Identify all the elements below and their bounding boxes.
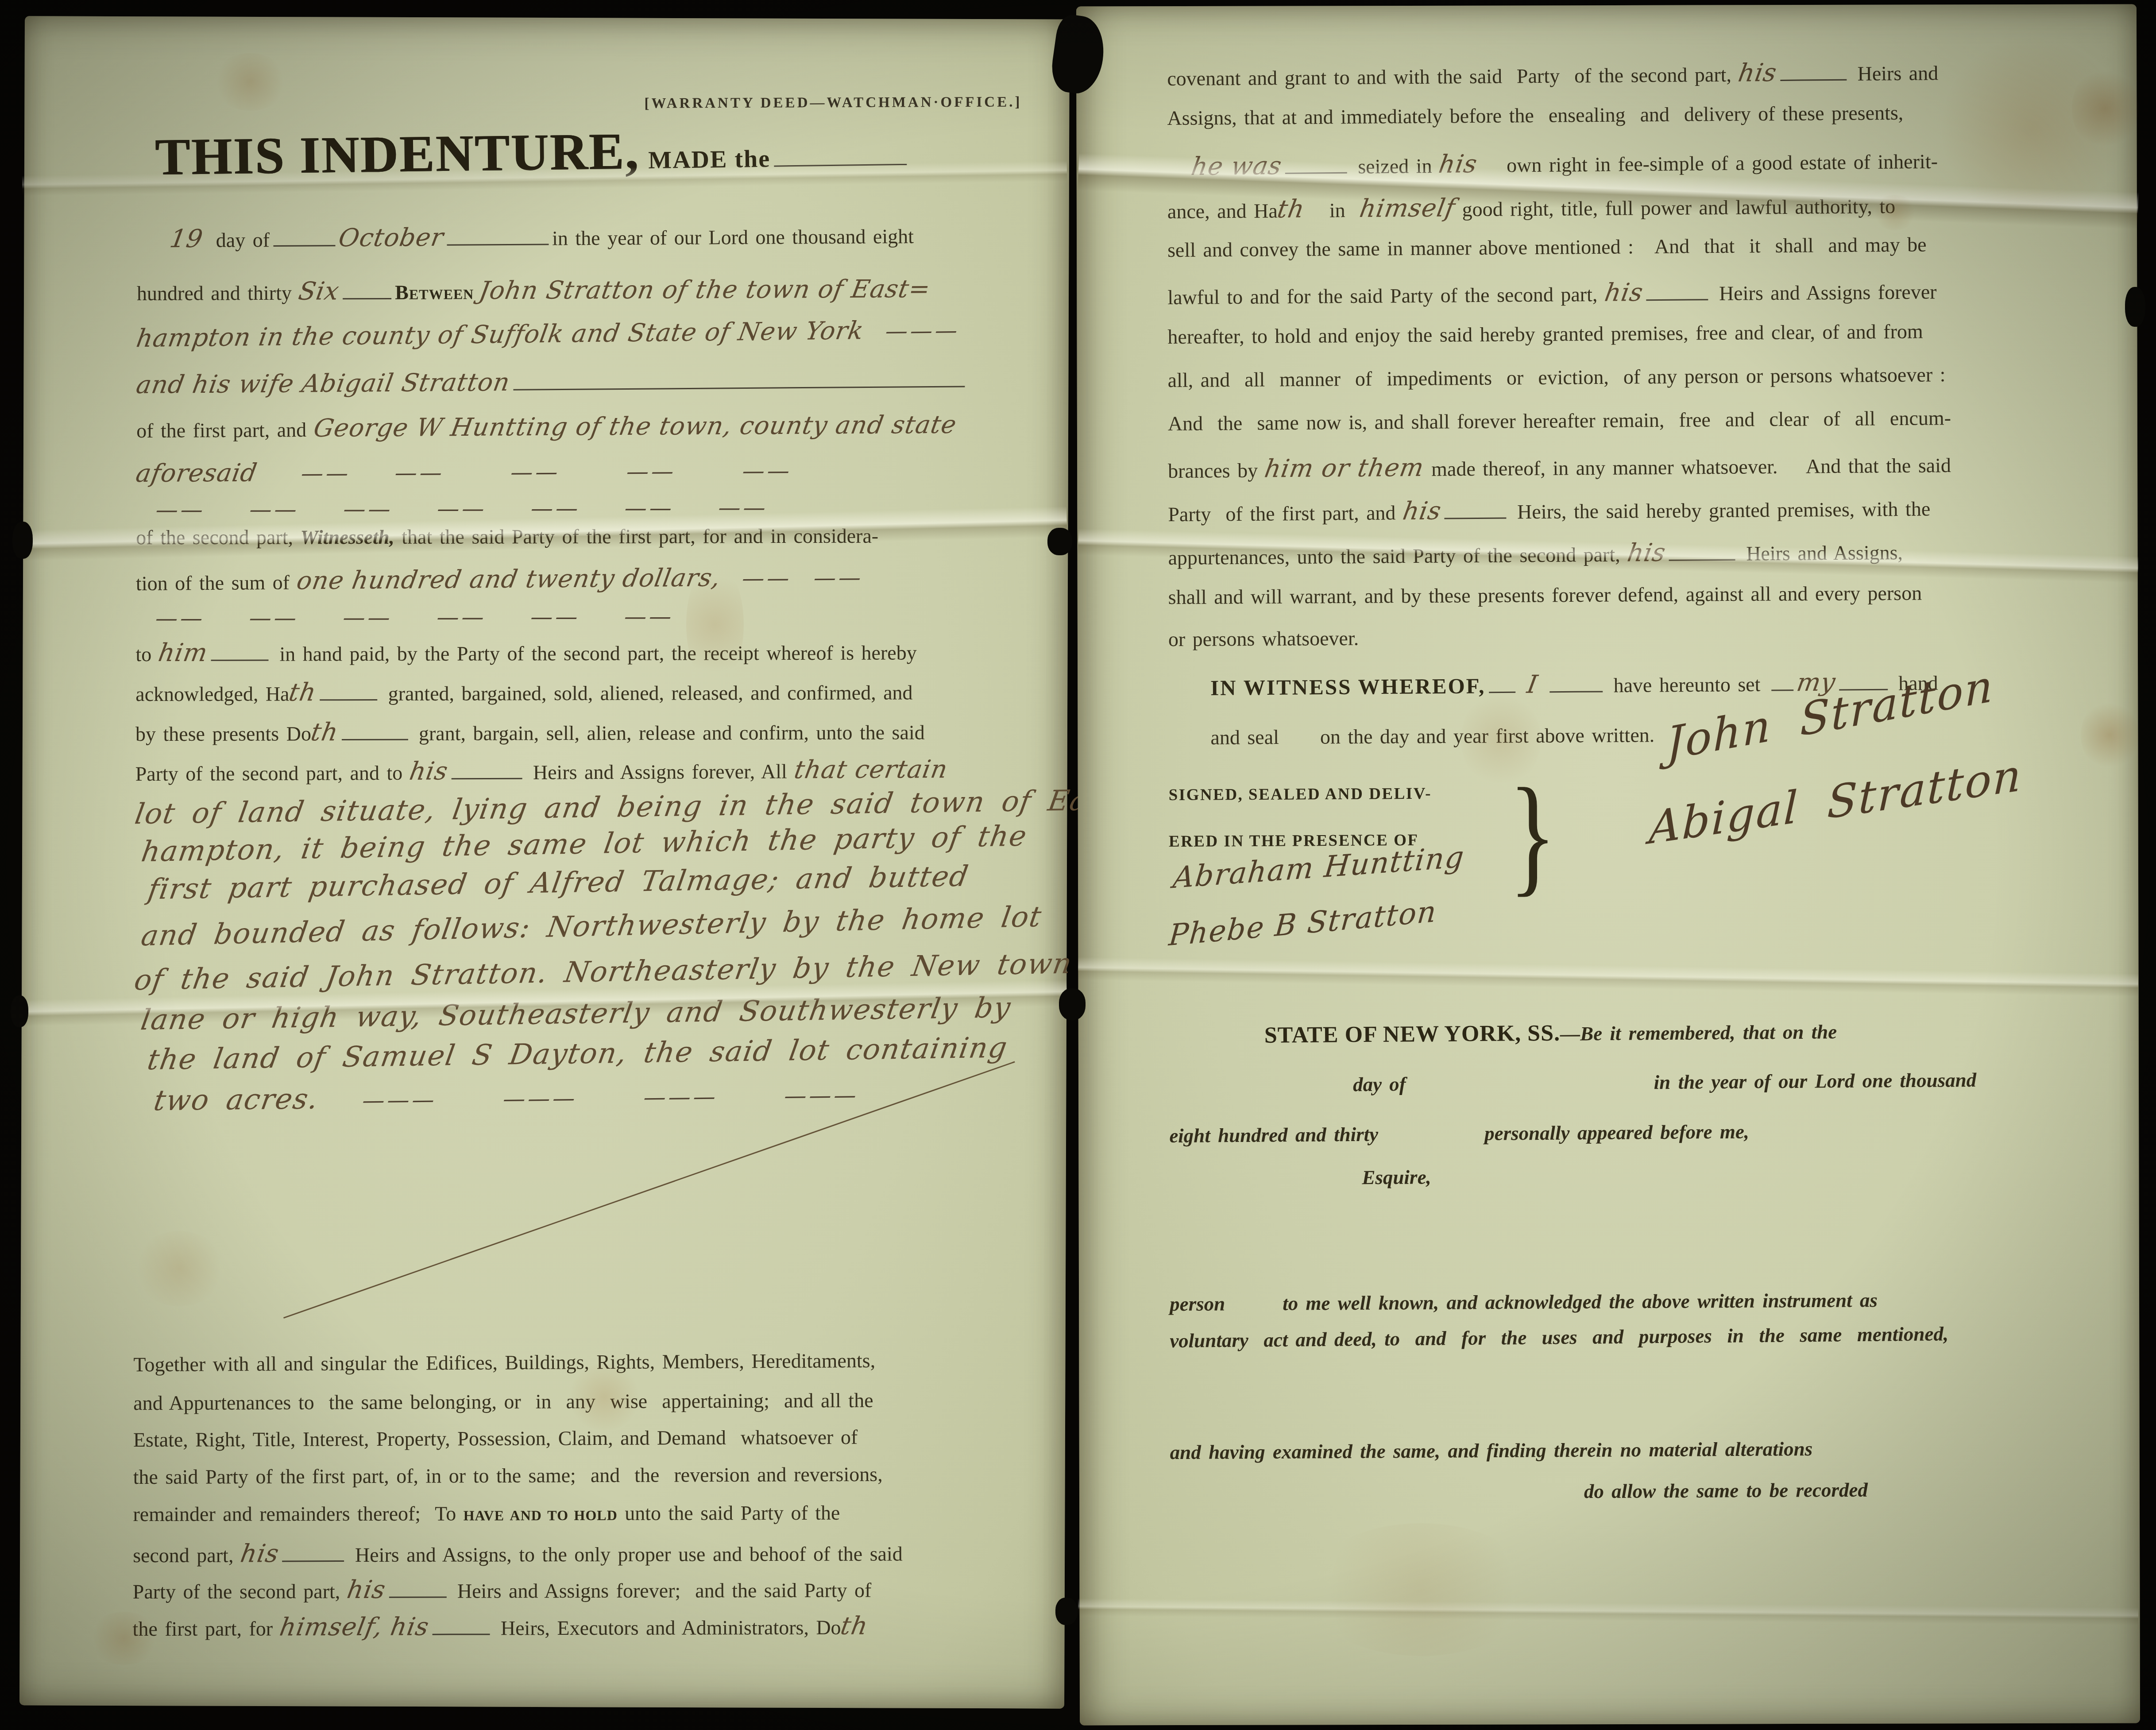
doc-line: of the said John Stratton. Northeasterly… (134, 947, 1072, 997)
printed-text: by these presents Do (135, 722, 311, 745)
printed-italic-text: in the year of our Lord one thousand (1654, 1069, 1977, 1093)
doc-line: and bounded as follows: Northwesterly by… (141, 901, 1042, 952)
blank-rule (1489, 692, 1515, 693)
blank-rule (1646, 299, 1708, 301)
printed-text: or persons whatsoever. (1168, 627, 1359, 650)
doc-line: Together with all and singular the Edifi… (133, 1349, 875, 1376)
handwritten-text: Six (297, 277, 342, 306)
handwritten-text: aforesaid (134, 459, 259, 488)
printed-text: hereafter, to hold and enjoy the said he… (1167, 320, 1923, 348)
printed-text: on the day and year first above written. (1313, 724, 1654, 748)
doc-line: Party of the second part, his Heirs and … (133, 1575, 872, 1605)
spacer (1406, 1089, 1654, 1091)
handwritten-dashes: —— —— —— —— —— —— —— (154, 495, 770, 522)
doc-line: And the same now is, and shall forever h… (1168, 406, 1951, 435)
doc-line: hundred and thirty SixBetween John Strat… (137, 275, 930, 306)
doc-line: [WARRANTY DEED—WATCHMAN·OFFICE.] (644, 94, 1022, 112)
printed-text: Party of the first part, and (1168, 501, 1403, 526)
doc-line: lane or high way, Southeasterly and Sout… (141, 991, 1011, 1037)
handwritten-dashes: ——— ——— ——— ——— (317, 1082, 861, 1114)
printed-italic-text: Witnesseth, (301, 526, 394, 548)
doc-line: of the second part, Witnesseth, that the… (136, 524, 878, 550)
signature-text: Abigal Stratton (1648, 749, 2023, 855)
printed-text: Heirs and Assigns, (1739, 541, 1903, 565)
printed-text: Together with all and singular the Edifi… (133, 1349, 875, 1376)
printed-text: grant, bargain, sell, alien, release and… (411, 721, 924, 744)
document-title: THIS INDENTURE, (155, 122, 640, 186)
doc-line: first part purchased of Alfred Talmage; … (148, 860, 969, 906)
handwritten-text: him (156, 639, 210, 667)
doc-line: Esquire, (1362, 1165, 1431, 1189)
printed-italic-text: and having examined the same, and findin… (1170, 1438, 1813, 1463)
printed-caps: IN WITNESS WHEREOF, (1210, 673, 1486, 700)
handwritten-text: his (1400, 497, 1443, 526)
doc-line: Abigal Stratton (1646, 749, 2026, 854)
doc-line: Phebe B Stratton (1167, 894, 1438, 952)
doc-line: Party of the first part, and his Heirs, … (1168, 493, 1930, 527)
blank-rule (447, 244, 549, 246)
handwritten-dashes: —— —— —— —— —— (255, 458, 794, 487)
doc-line: Party of the second part, and to his Hei… (135, 755, 947, 787)
blank-rule (432, 1633, 490, 1635)
handwritten-text: he was (1189, 151, 1284, 181)
handwritten-text: himself (1357, 194, 1457, 223)
printed-text: to (135, 643, 158, 666)
printed-text: all, and all manner of impediments or ev… (1168, 363, 1946, 391)
doc-line: eight hundred and thirtypersonally appea… (1169, 1120, 1749, 1147)
printed-text: and seal (1210, 726, 1286, 749)
handwritten-text: George W Huntting of the town, county an… (311, 410, 958, 443)
deed-right-page: covenant and grant to and with the said … (1076, 4, 2140, 1725)
doc-line: SIGNED, SEALED AND DELIV- (1169, 784, 1432, 805)
printed-italic-text: personally appeared before me, (1484, 1120, 1749, 1144)
doc-line: and his wife Abigail Stratton (136, 364, 968, 399)
doc-line: hampton in the county of Suffolk and Sta… (136, 315, 960, 353)
doc-line: acknowledged, Hath granted, bargained, s… (135, 677, 913, 707)
handwritten-text: his (1625, 538, 1668, 568)
printed-text: Heirs and (1850, 62, 1938, 85)
printed-heading: STATE OF NEW YORK, SS. (1264, 1021, 1561, 1048)
handwritten-text: and bounded as follows: Northwesterly by… (139, 901, 1044, 953)
printed-italic-text: to me well known, and acknowledged the a… (1283, 1289, 1878, 1315)
blank-rule (320, 699, 377, 701)
printed-text: day of (216, 228, 270, 252)
handwritten-text: th (1275, 195, 1307, 224)
left-page-text: [WARRANTY DEED—WATCHMAN·OFFICE.]THIS IND… (25, 16, 1070, 19)
printed-text: the first part, for (133, 1617, 280, 1640)
blank-rule (1669, 559, 1735, 561)
printed-text: that the said Party of the first part, f… (394, 525, 879, 548)
doc-line: remainder and remainders thereof; To hav… (133, 1501, 840, 1526)
printed-italic-text: day of (1353, 1073, 1406, 1095)
printed-text: granted, bargained, sold, aliened, relea… (381, 681, 913, 705)
printed-text: of the first part, and (136, 418, 314, 442)
printed-text: Heirs, Executors and Administrators, Do (493, 1616, 841, 1640)
doc-line: brances by him or them made thereof, in … (1168, 449, 1951, 484)
blank-rule (774, 164, 907, 167)
handwritten-text: lane or high way, Southeasterly and Sout… (139, 991, 1013, 1037)
handwritten-dashes: —— —— —— —— —— —— (154, 604, 676, 631)
doc-line: all, and all manner of impediments or ev… (1168, 363, 1946, 392)
printed-text: Estate, Right, Title, Interest, Property… (133, 1426, 858, 1451)
doc-line: and Appurtenances to the same belonging,… (133, 1389, 873, 1415)
doc-line: and having examined the same, and findin… (1170, 1437, 1813, 1464)
printed-text: And the same now is, and shall forever h… (1168, 406, 1951, 435)
handwritten-text: October (336, 223, 445, 252)
handwritten-dashes: ——— (862, 317, 962, 344)
blank-rule (282, 1560, 344, 1562)
doc-line: appurtenances, unto the said Party of th… (1168, 537, 1903, 571)
printed-text: brances by (1168, 459, 1265, 482)
handwritten-text: that certain (792, 755, 950, 784)
doc-line: voluntary act and deed, to and for the u… (1170, 1322, 1948, 1352)
blank-rule (1771, 689, 1793, 691)
doc-line: two acres. ——— ——— ——— ——— (154, 1077, 859, 1117)
spacer (1378, 1140, 1484, 1141)
doc-line: the first part, for himself, his Heirs, … (132, 1612, 868, 1642)
doc-line: day ofin the year of our Lord one thousa… (1353, 1068, 1976, 1096)
doc-line: aforesaid —— —— —— —— —— (136, 456, 792, 488)
printed-italic-text: person (1170, 1293, 1225, 1315)
printed-text: Party of the second part, (133, 1580, 348, 1603)
blank-rule (1445, 517, 1507, 519)
blank-rule (1285, 172, 1347, 174)
doc-line: second part, his Heirs and Assigns, to t… (133, 1538, 903, 1568)
printed-text: second part, (133, 1544, 241, 1567)
doc-line: he was seized in his own right in fee-si… (1191, 146, 1938, 181)
handwritten-text: himself, his (278, 1613, 431, 1642)
spacer (1225, 1310, 1283, 1311)
printed-caps: MADE the (648, 145, 771, 174)
doc-line: —— —— —— —— —— —— —— (156, 495, 768, 522)
printed-smallcaps: have and to hold (464, 1502, 618, 1525)
printed-text: remainder and remainders thereof; To (133, 1502, 463, 1526)
handwritten-text: his (345, 1575, 388, 1604)
doc-line: ance, and Hath in himself good right, ti… (1167, 190, 1896, 224)
printed-text: in (1322, 199, 1360, 222)
handwritten-text: th (309, 718, 340, 747)
doc-line: 19day ofOctoberin the year of our Lord o… (170, 221, 914, 253)
doc-line: and seal on the day and year first above… (1210, 723, 1654, 749)
printed-text: own right in fee-simple of a good estate… (1499, 150, 1938, 177)
handwritten-text: two acres. (151, 1083, 321, 1117)
blank-rule (1549, 691, 1603, 693)
printed-text: Party of the second part, and to (135, 762, 410, 785)
printed-italic-text: do allow the same to be recorded (1584, 1479, 1868, 1503)
blank-rule (343, 298, 391, 299)
handwritten-text: him or them (1263, 453, 1426, 484)
doc-line: shall and will warrant, and by these pre… (1168, 581, 1922, 609)
printed-text: of the second part, (136, 526, 300, 549)
blank-rule (513, 386, 965, 390)
doc-line: do allow the same to be recorded (1584, 1478, 1868, 1503)
handwritten-dashes: —— —— (718, 565, 866, 591)
printed-smallcaps: Between (395, 281, 479, 304)
doc-line: the said Party of the first part, of, in… (133, 1463, 883, 1489)
printed-text: lawful to and for the said Party of the … (1167, 283, 1605, 309)
printed-text: good right, title, full power and lawful… (1455, 195, 1895, 221)
doc-line: by these presents Doth grant, bargain, s… (135, 716, 925, 747)
printed-text: seized in (1351, 155, 1440, 178)
handwritten-text: John Stratton of the town of East= (477, 275, 932, 305)
printed-text: sell and convey the same in manner above… (1167, 233, 1927, 262)
handwritten-text: hampton in the county of Suffolk and Sta… (134, 316, 866, 353)
printed-text: Heirs and Assigns forever, All (525, 760, 794, 783)
printed-text: have hereunto set (1606, 673, 1768, 697)
blank-rule (342, 739, 408, 740)
doc-line: Assigns, that at and immediately before … (1167, 101, 1903, 130)
doc-line: THIS INDENTURE,MADE the (155, 118, 910, 187)
printed-text: unto the said Party of the (618, 1502, 840, 1525)
right-page-text: covenant and grant to and with the said … (1076, 4, 2137, 6)
handwritten-text: his (1437, 150, 1480, 179)
blank-rule (211, 659, 269, 661)
printed-text: covenant and grant to and with the said … (1167, 63, 1739, 90)
handwritten-text: one hundred and twenty dollars, (294, 563, 723, 595)
witness-signature: Phebe B Stratton (1167, 894, 1438, 952)
printed-text: Heirs, the said hereby granted premises,… (1510, 497, 1931, 523)
printed-text: Heirs and Assigns forever; and the said … (450, 1579, 871, 1602)
printed-italic-text: eight hundred and thirty (1169, 1123, 1378, 1147)
printed-italic-text: Esquire, (1362, 1166, 1431, 1188)
blank-rule (389, 1597, 446, 1598)
printed-italic-text: voluntary act and deed, to and for the u… (1170, 1323, 1948, 1352)
doc-line: —— —— —— —— —— —— (156, 604, 674, 631)
printed-text: appurtenances, unto the said Party of th… (1168, 543, 1627, 569)
printed-italic-text: —Be it remembered, that on the (1560, 1021, 1837, 1045)
doc-line: STATE OF NEW YORK, SS.—Be it remembered,… (1264, 1018, 1837, 1048)
doc-line: the land of Samuel S Dayton, the said lo… (147, 1031, 1008, 1076)
form-header: [WARRANTY DEED—WATCHMAN·OFFICE.] (644, 94, 1022, 111)
handwritten-text: his (1736, 58, 1779, 88)
deed-left-page: [WARRANTY DEED—WATCHMAN·OFFICE.]THIS IND… (19, 16, 1070, 1708)
handwritten-text: his (238, 1539, 281, 1568)
handwritten-text: of the said John Stratton. Northeasterly… (132, 947, 1074, 997)
doc-line: lawful to and for the said Party of the … (1167, 276, 1937, 310)
doc-line: of the first part, and George W Huntting… (136, 410, 956, 444)
printed-text: in the year of our Lord one thousand eig… (552, 225, 914, 250)
printed-text: tion of the sum of (136, 571, 297, 595)
doc-line: personto me well known, and acknowledged… (1170, 1289, 1878, 1316)
printed-text: shall and will warrant, and by these pre… (1168, 582, 1922, 609)
handwritten-text: and his wife Abigail Stratton (134, 368, 512, 399)
printed-text: made thereof, in any manner whatsoever. … (1424, 454, 1951, 480)
printed-text: and Appurtenances to the same belonging,… (133, 1389, 873, 1414)
doc-line: covenant and grant to and with the said … (1167, 57, 1938, 92)
handwritten-text: th (838, 1612, 870, 1641)
printed-text: in hand paid, by the Party of the second… (272, 641, 917, 665)
doc-line: hereafter, to hold and enjoy the said he… (1167, 320, 1923, 349)
witness-brace: } (1508, 758, 1557, 911)
blank-rule (1780, 79, 1847, 81)
printed-caps: SIGNED, SEALED AND DELIV- (1169, 785, 1432, 804)
handwritten-text: the land of Samuel S Dayton, the said lo… (145, 1031, 1010, 1076)
blank-rule (451, 778, 522, 780)
printed-text: acknowledged, Ha (135, 682, 289, 705)
blank-rule (273, 245, 335, 247)
printed-text: hundred and thirty (137, 282, 299, 305)
printed-text: Heirs and Assigns forever (1712, 280, 1936, 305)
handwritten-text: I (1517, 670, 1549, 699)
handwritten-text: first part purchased of Alfred Talmage; … (146, 860, 971, 906)
doc-line: Estate, Right, Title, Interest, Property… (133, 1425, 858, 1451)
printed-text: Heirs and Assigns, to the only proper us… (348, 1542, 903, 1566)
doc-line: or persons whatsoever. (1168, 627, 1359, 651)
scanned-deed-document: { "palette": { "background": "#070604", … (0, 0, 2156, 1730)
handwritten-text: his (407, 757, 450, 786)
doc-line: tion of the sum of one hundred and twent… (136, 562, 864, 596)
doc-line: sell and convey the same in manner above… (1167, 233, 1927, 262)
printed-text: ance, and Ha (1167, 199, 1278, 223)
printed-text: the said Party of the first part, of, in… (133, 1463, 883, 1489)
handwritten-text: 19 (168, 224, 205, 253)
handwritten-text: th (287, 678, 319, 707)
handwritten-text: his (1602, 278, 1645, 307)
doc-line: to him in hand paid, by the Party of the… (135, 637, 916, 667)
printed-text: Assigns, that at and immediately before … (1167, 101, 1903, 129)
